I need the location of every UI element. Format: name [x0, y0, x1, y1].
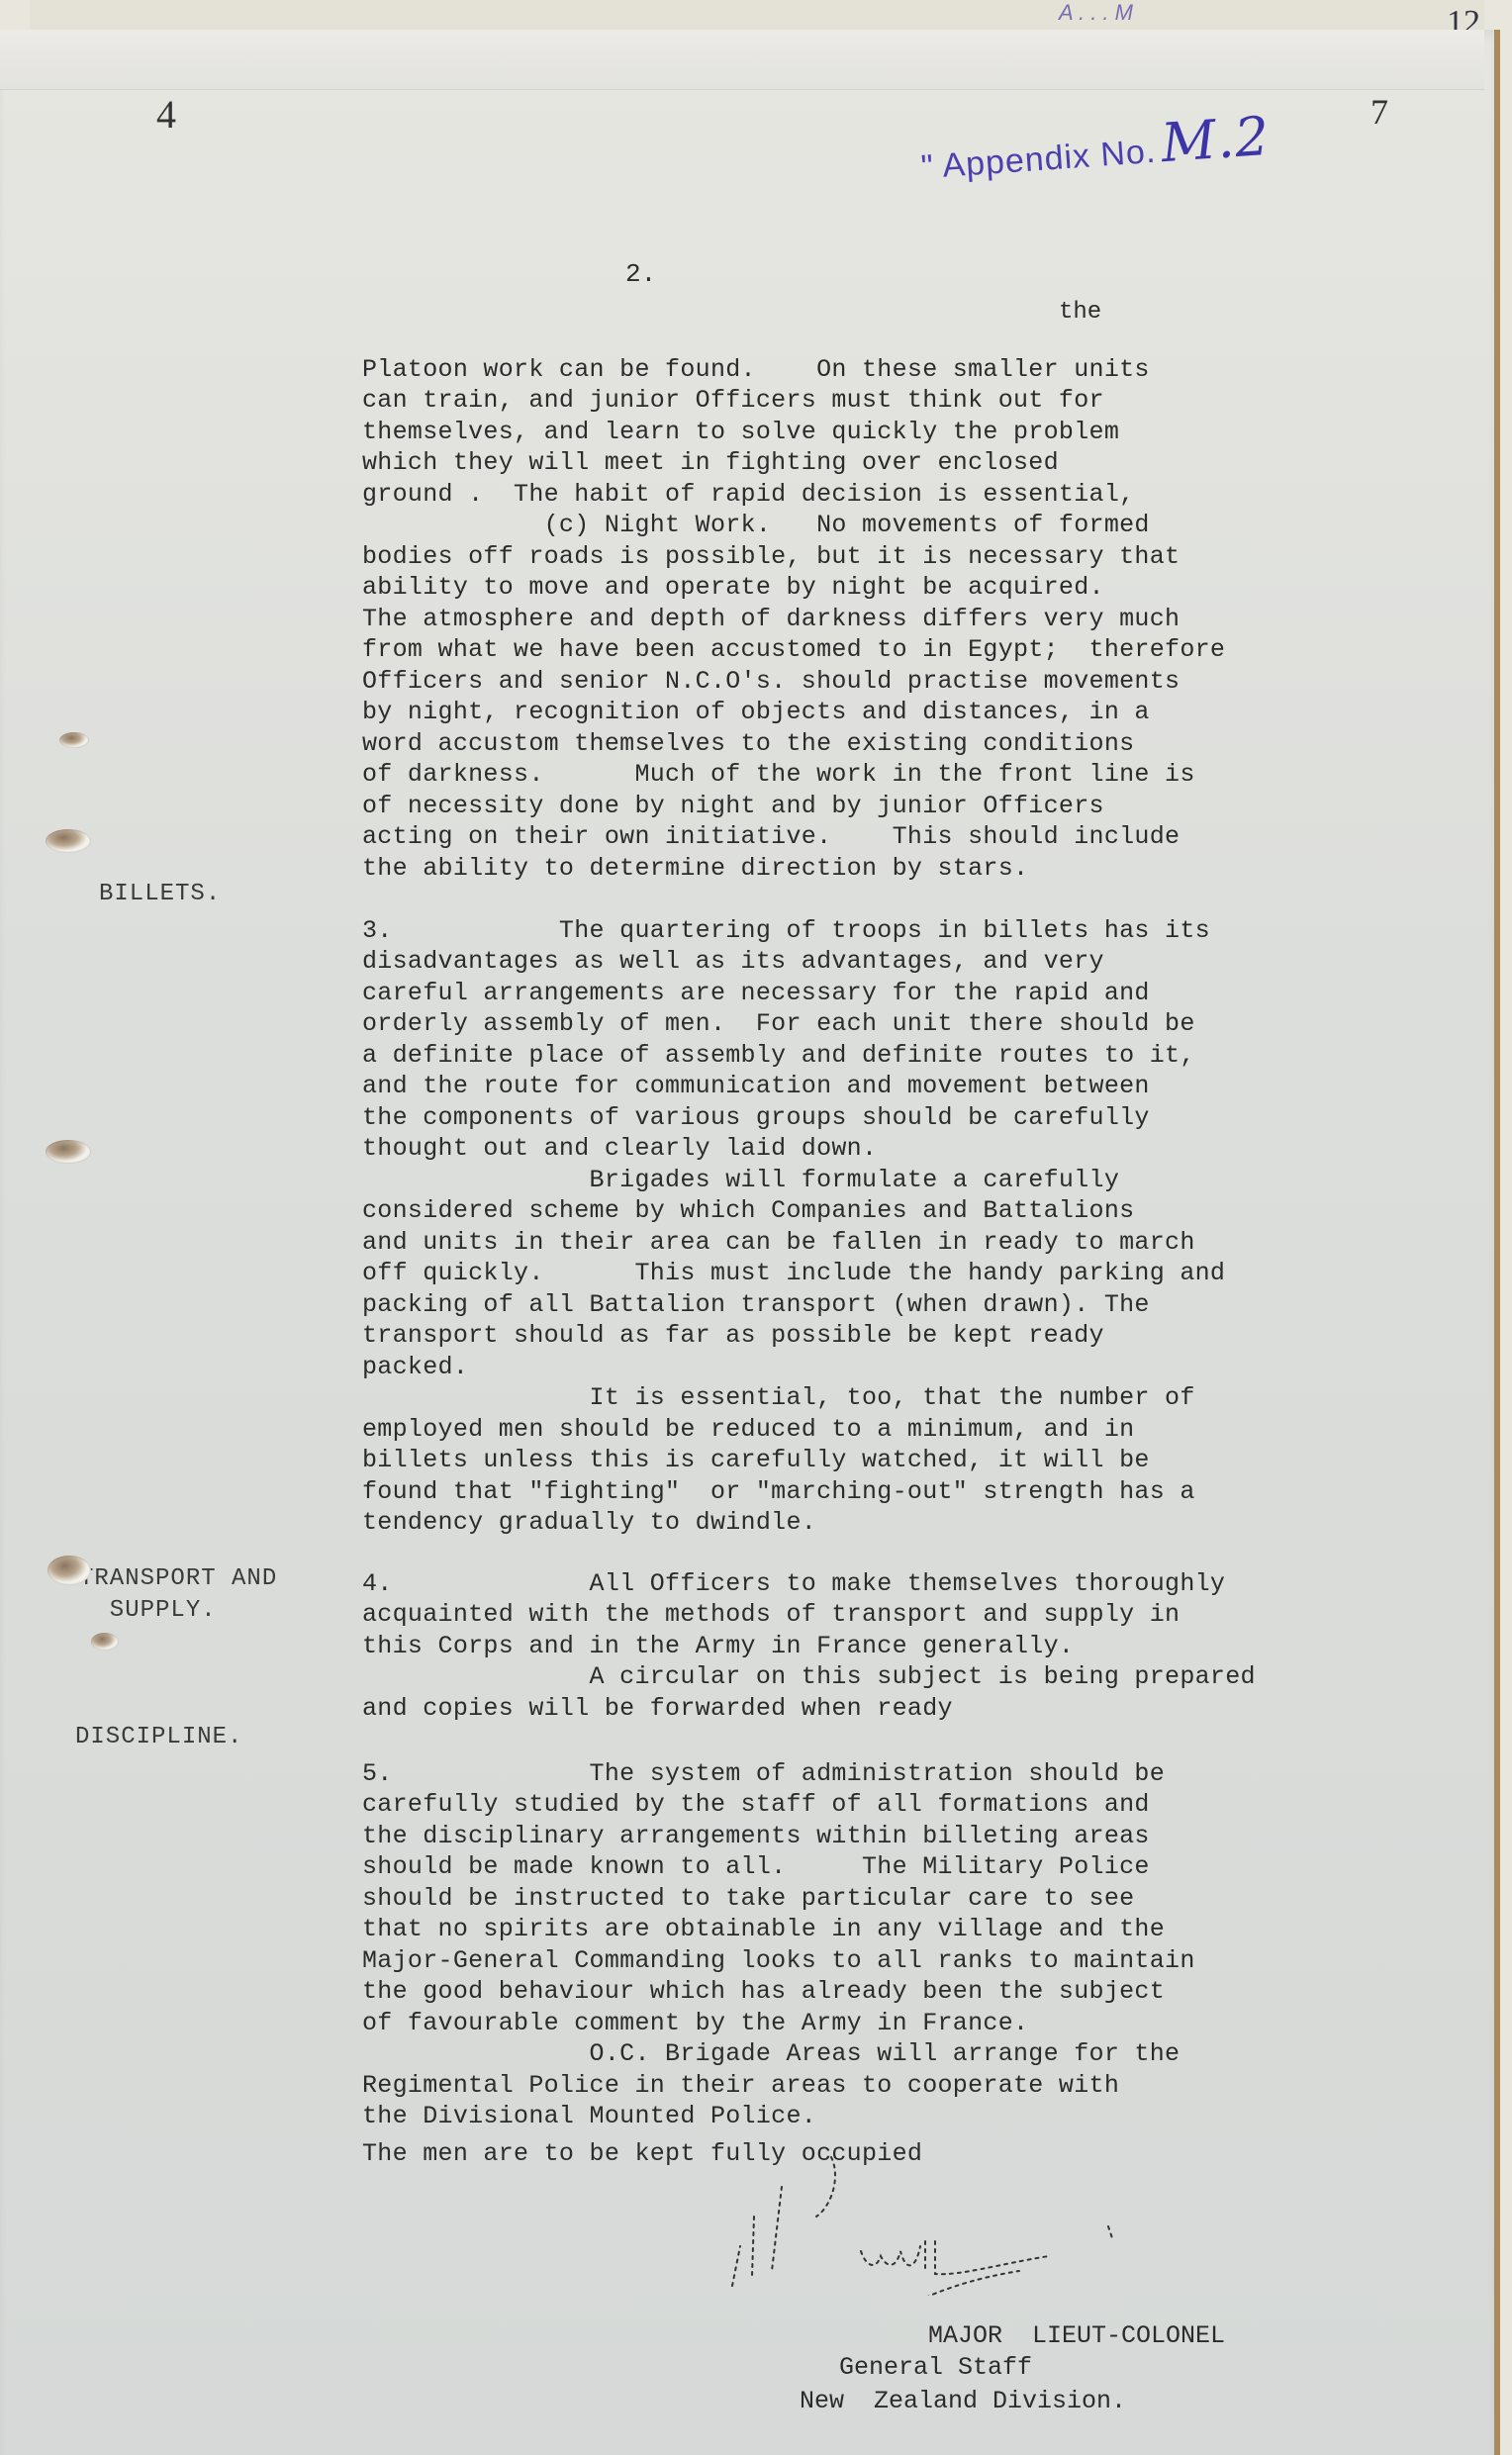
text-line: packed.: [362, 1352, 1411, 1383]
punch-hole: [47, 1556, 91, 1585]
underlying-stamp-fragment: A . . . M: [1059, 0, 1133, 26]
text-line: It is essential, too, that the number of: [362, 1382, 1411, 1414]
side-heading-discipline: DISCIPLINE.: [75, 1722, 242, 1753]
punch-hole: [46, 1140, 91, 1164]
text-line: can train, and junior Officers must thin…: [362, 385, 1411, 417]
text-line: of favourable comment by the Army in Fra…: [362, 2008, 1411, 2039]
text-line: the ability to determine direction by st…: [362, 853, 1411, 885]
text-line: ground . The habit of rapid decision is …: [362, 479, 1411, 511]
text-line: the disciplinary arrangements within bil…: [362, 1821, 1411, 1852]
text-line: that no spirits are obtainable in any vi…: [362, 1914, 1411, 1945]
text-line: O.C. Brigade Areas will arrange for the: [362, 2038, 1411, 2070]
text-line: considered scheme by which Companies and…: [362, 1195, 1411, 1227]
appendix-handwritten-number: M.2: [1159, 105, 1272, 175]
signatory-division: New Zealand Division.: [800, 2385, 1126, 2418]
text-line: which they will meet in fighting over en…: [362, 447, 1411, 479]
text-line: ability to move and operate by night be …: [362, 572, 1411, 604]
text-line: and units in their area can be fallen in…: [362, 1227, 1411, 1259]
text-line: carefully studied by the staff of all fo…: [362, 1789, 1411, 1821]
text-line: word accustom themselves to the existing…: [362, 728, 1411, 760]
text-line: bodies off roads is possible, but it is …: [362, 541, 1411, 573]
page-number-left: 4: [156, 91, 176, 138]
text-line: by night, recognition of objects and dis…: [362, 697, 1411, 728]
section-5-discipline: 5. The system of administration should b…: [362, 1727, 1411, 2201]
section-3-billets: 3. The quartering of troops in billets h…: [362, 884, 1411, 1569]
punch-hole: [59, 732, 89, 748]
section-2-continued: Platoon work can be found. On these smal…: [362, 323, 1411, 915]
text-line: A circular on this subject is being prep…: [362, 1661, 1411, 1693]
text-line: (c) Night Work. No movements of formed: [362, 510, 1411, 541]
text-line: thought out and clearly laid down.: [362, 1133, 1411, 1165]
insertion-the: the: [1059, 299, 1101, 326]
text-line: employed men should be reduced to a mini…: [362, 1414, 1411, 1446]
text-line: Regimental Police in their areas to coop…: [362, 2070, 1411, 2102]
text-line: of necessity done by night and by junior…: [362, 791, 1411, 822]
text-line: billets unless this is carefully watched…: [362, 1445, 1411, 1476]
text-line: packing of all Battalion transport (when…: [362, 1289, 1411, 1321]
text-line: 5. The system of administration should b…: [362, 1758, 1411, 1790]
text-line: should be made known to all. The Militar…: [362, 1851, 1411, 1883]
text-line: the components of various groups should …: [362, 1102, 1411, 1134]
side-heading-line: SUPPLY.: [79, 1595, 277, 1627]
text-line: disadvantages as well as its advantages,…: [362, 946, 1411, 978]
page-label: 2.: [625, 259, 656, 289]
side-heading-line: TRANSPORT AND: [79, 1563, 277, 1595]
text-line: of darkness. Much of the work in the fro…: [362, 759, 1411, 791]
text-line: Major-General Commanding looks to all ra…: [362, 1945, 1411, 1977]
text-line: this Corps and in the Army in France gen…: [362, 1631, 1411, 1662]
page-fold-edge: [0, 30, 1484, 90]
text-line: and copies will be forwarded when ready: [362, 1693, 1411, 1725]
punch-hole: [46, 829, 91, 853]
handwritten-signature: [693, 2147, 1207, 2296]
text-line: should be instructed to take particular …: [362, 1883, 1411, 1915]
text-line: Brigades will formulate a carefully: [362, 1165, 1411, 1196]
text-line: a definite place of assembly and definit…: [362, 1040, 1411, 1072]
text-line: found that "fighting" or "marching-out" …: [362, 1476, 1411, 1508]
signatory-staff: General Staff: [839, 2351, 1032, 2385]
text-line: Platoon work can be found. On these smal…: [362, 354, 1411, 386]
text-line: careful arrangements are necessary for t…: [362, 978, 1411, 1009]
text-line: orderly assembly of men. For each unit t…: [362, 1008, 1411, 1040]
text-line: and the route for communication and move…: [362, 1071, 1411, 1102]
text-line: the good behaviour which has already bee…: [362, 1976, 1411, 2008]
punch-hole: [91, 1633, 119, 1651]
text-line: the Divisional Mounted Police.: [362, 2101, 1411, 2132]
text-line: acting on their own initiative. This sho…: [362, 821, 1411, 853]
text-line: transport should as far as possible be k…: [362, 1320, 1411, 1352]
text-line: acquainted with the methods of transport…: [362, 1599, 1411, 1631]
text-line: from what we have been accustomed to in …: [362, 634, 1411, 666]
text-line: tendency gradually to dwindle.: [362, 1507, 1411, 1539]
signatory-rank: MAJOR LIEUT-COLONEL: [928, 2319, 1225, 2353]
text-line: 3. The quartering of troops in billets h…: [362, 915, 1411, 947]
side-heading-billets: BILLETS.: [99, 879, 221, 910]
text-line: 4. All Officers to make themselves thoro…: [362, 1568, 1411, 1600]
text-line: themselves, and learn to solve quickly t…: [362, 417, 1411, 448]
text-line: Officers and senior N.C.O's. should prac…: [362, 666, 1411, 698]
page-number-right: 7: [1370, 91, 1388, 133]
text-line: The atmosphere and depth of darkness dif…: [362, 604, 1411, 635]
text-line: off quickly. This must include the handy…: [362, 1258, 1411, 1289]
section-4-transport-supply: 4. All Officers to make themselves thoro…: [362, 1537, 1411, 1755]
